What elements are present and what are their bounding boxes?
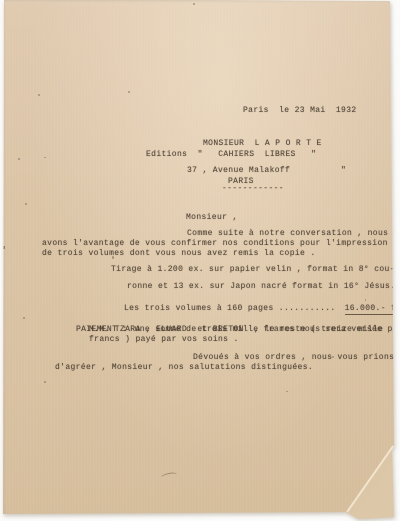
payment-line2: M.M. TZARA , ELUARD et BRETON , le reste… xyxy=(89,325,383,335)
paper-scratch xyxy=(161,471,178,480)
total-amount: 16.000.- francs xyxy=(345,304,400,315)
paper-speck xyxy=(38,94,40,96)
payment-line3: francs ) payé par vos soins . xyxy=(89,335,239,345)
paragraph2-line1: Tirage à 1.200 ex. sur papier velin , fo… xyxy=(111,265,395,275)
recipient-street: 37 , Avenue Malakoff xyxy=(187,166,290,176)
paper-speck xyxy=(193,3,195,5)
closing-line2: d'agréer , Monsieur , nos salutations di… xyxy=(55,363,313,373)
paper-edge-mark xyxy=(0,246,5,249)
stray-quote-mark: " xyxy=(341,166,346,176)
paper-speck xyxy=(112,256,114,259)
paper-speck xyxy=(286,391,288,392)
date-line: Paris le 23 Mai 1932 xyxy=(243,106,357,116)
closing-line1: Dévoués à vos ordres , nous vous prions xyxy=(193,353,394,363)
paper-speck xyxy=(25,203,27,205)
paper-speck xyxy=(18,158,20,160)
paper-speck xyxy=(44,381,46,383)
paper-speck xyxy=(332,356,334,358)
paragraph1-line3: de trois volumes dont vous nous avez rem… xyxy=(42,249,316,259)
total-label: Les trois volumes à 160 pages ..........… xyxy=(124,304,336,313)
paragraph2-line2: ronne et 13 ex. sur Japon nacré format i… xyxy=(127,282,395,292)
scanned-letter: Paris le 23 Mai 1932 MONSIEUR L A P O R … xyxy=(0,0,400,521)
paper-speck xyxy=(44,157,46,158)
paper-speck xyxy=(128,91,130,93)
paragraph1-line2: avons l'avantage de vous confirmer nos c… xyxy=(42,239,388,249)
recipient-underline: ------------ xyxy=(222,184,284,194)
salutation: Monsieur , xyxy=(186,213,238,223)
recipient-name: MONSIEUR L A P O R T E xyxy=(203,139,322,149)
paper-speck xyxy=(365,299,366,301)
letter-paper: Paris le 23 Mai 1932 MONSIEUR L A P O R … xyxy=(0,0,400,521)
paper-speck xyxy=(23,317,25,319)
paragraph1-line1: Comme suite à notre conversation , nous xyxy=(187,229,388,239)
recipient-publisher: Editions " CAHIERS LIBRES " xyxy=(146,150,316,160)
